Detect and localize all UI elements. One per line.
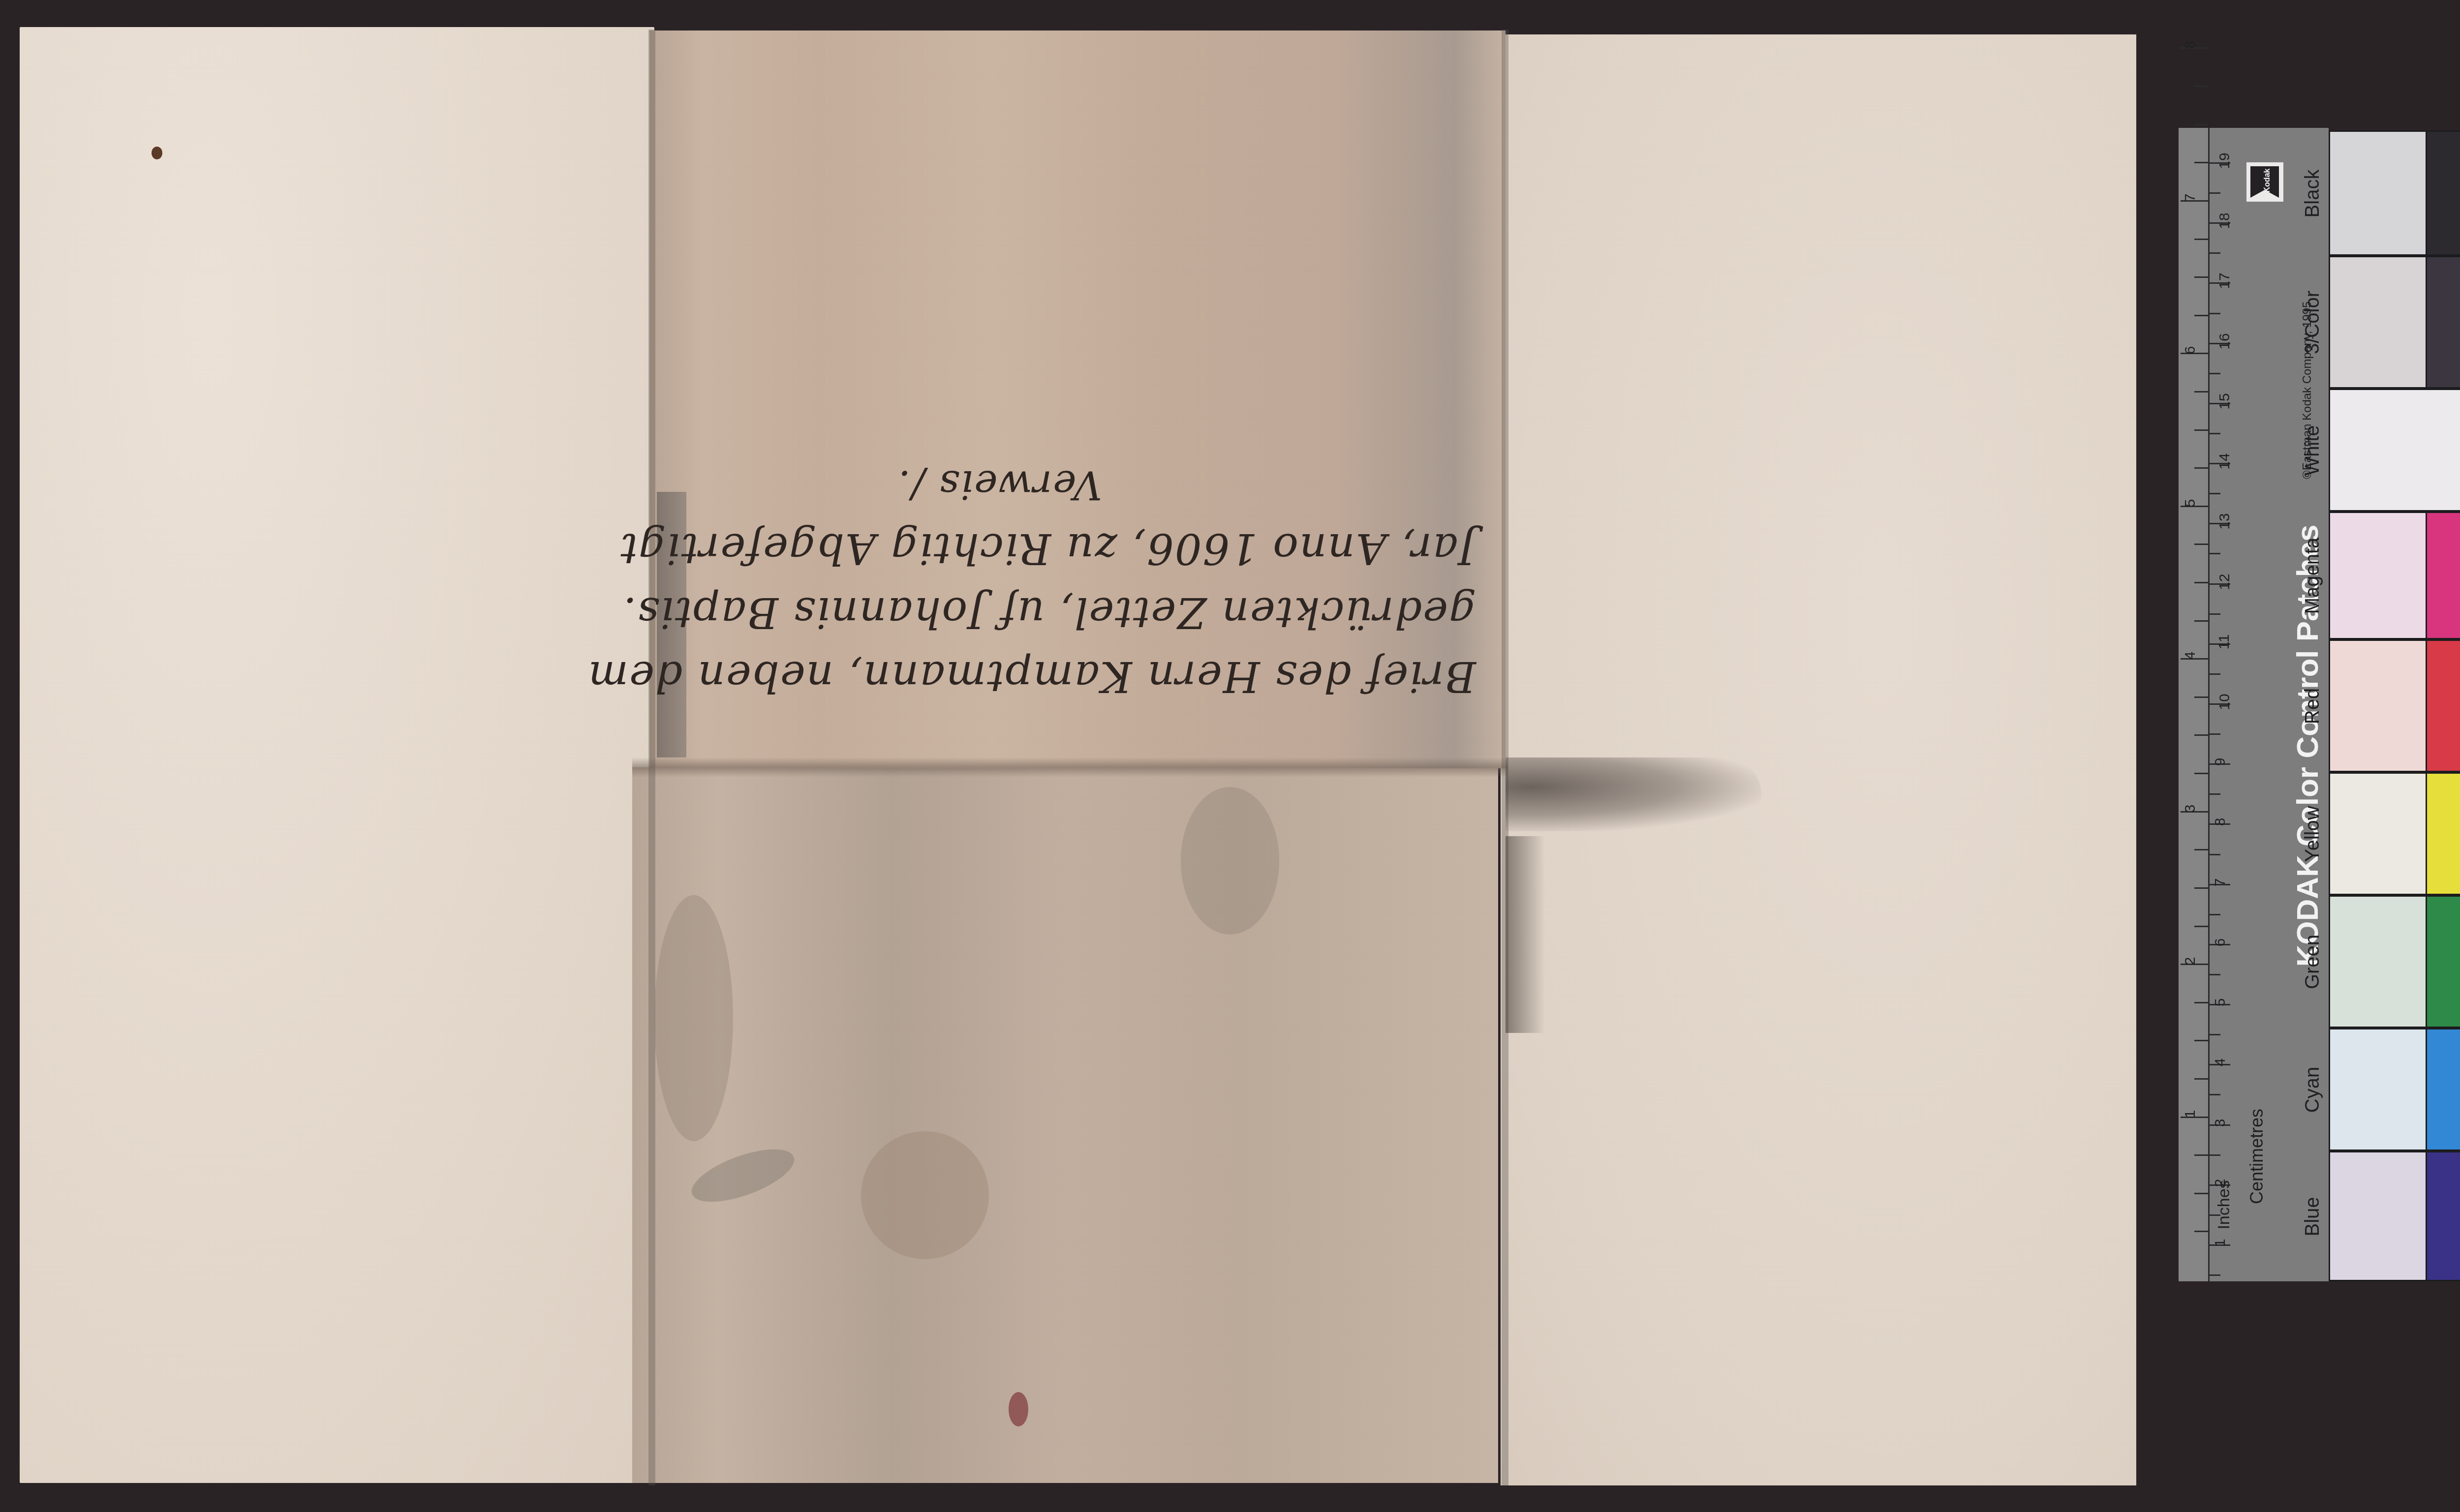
crease-shadow-vertical	[1506, 836, 1545, 1033]
patch-blue-dark	[2426, 1151, 2460, 1281]
quarter-inch-tick	[2194, 86, 2208, 87]
cm-tick-label: 13	[2216, 514, 2233, 530]
cm-tick-label: 7	[2212, 878, 2229, 886]
quarter-inch-tick	[2194, 467, 2208, 469]
inch-tick-label: 4	[2182, 652, 2199, 660]
horizontal-fold	[632, 757, 1508, 777]
inch-tick-label: 8	[2182, 41, 2199, 49]
quarter-inch-tick	[2194, 429, 2208, 431]
quarter-inch-tick	[2194, 391, 2208, 393]
patch-yellow-dark	[2426, 772, 2460, 895]
crease-shadow	[1506, 757, 1761, 831]
patch-red-dark	[2426, 639, 2460, 772]
half-cm-tick	[2208, 192, 2220, 194]
half-cm-tick	[2208, 854, 2220, 855]
half-cm-tick	[2208, 433, 2220, 434]
quarter-inch-tick	[2194, 162, 2208, 163]
cm-tick-label: 10	[2216, 694, 2233, 710]
quarter-inch-tick	[2194, 1193, 2208, 1194]
quarter-inch-tick	[2194, 926, 2208, 927]
patch-label-magenta: Magenta	[2302, 532, 2324, 620]
patch-magenta-light	[2329, 512, 2427, 639]
cm-tick-label: 18	[2216, 213, 2233, 229]
inch-tick-label: 1	[2182, 1110, 2199, 1118]
cm-tick-label: 4	[2212, 1058, 2229, 1067]
inches-label: Inches	[2214, 1180, 2234, 1229]
paper-left-panel	[20, 27, 654, 1483]
cm-tick-label: 19	[2216, 152, 2233, 169]
half-cm-tick	[2208, 553, 2220, 554]
quarter-inch-tick	[2194, 544, 2208, 545]
cm-tick-label: 8	[2212, 818, 2229, 826]
quarter-inch-tick	[2194, 696, 2208, 698]
patch-green-dark	[2426, 895, 2460, 1028]
quarter-inch-tick	[2194, 124, 2208, 125]
quarter-inch-tick	[2194, 849, 2208, 850]
half-cm-tick	[2208, 793, 2220, 795]
patch-red-light	[2329, 639, 2427, 772]
inch-tick-label: 3	[2182, 804, 2199, 813]
quarter-inch-tick	[2194, 1231, 2208, 1232]
water-stain	[1181, 787, 1279, 935]
patch-label-red: Red	[2302, 662, 2324, 751]
patch-blue-light	[2329, 1151, 2427, 1281]
patch-label-black: Black	[2302, 149, 2324, 238]
center-bottom-panel	[632, 767, 1498, 1483]
patch-black-dark	[2426, 130, 2460, 256]
inch-tick-label: 6	[2182, 346, 2199, 355]
quarter-inch-tick	[2194, 1002, 2208, 1003]
patch-cyan-light	[2329, 1028, 2427, 1151]
inch-tick-label: 2	[2182, 957, 2199, 966]
endorsement-line: Jar, Anno 1606, zu Richtig Abgefertigt	[748, 516, 1476, 580]
water-stain	[654, 895, 733, 1141]
half-cm-tick	[2208, 1154, 2220, 1156]
patch-cyan-dark	[2426, 1028, 2460, 1151]
cm-tick-label: 12	[2216, 574, 2233, 590]
half-cm-tick	[2208, 1274, 2220, 1276]
quarter-inch-tick	[2194, 239, 2208, 240]
quarter-inch-tick	[2194, 734, 2208, 736]
half-cm-tick	[2208, 914, 2220, 915]
patch-yellow-light	[2329, 772, 2427, 895]
patch-black-light	[2329, 130, 2427, 256]
patch-3-color-light	[2329, 256, 2427, 389]
cm-tick-label: 15	[2216, 393, 2233, 409]
inch-scale	[2179, 128, 2210, 1281]
endorsement-line: Verweis /.	[748, 453, 1476, 516]
half-cm-tick	[2208, 493, 2220, 494]
cm-tick-label: 6	[2212, 938, 2229, 947]
half-cm-tick	[2208, 1034, 2220, 1035]
endorsement-text: Brief des Hern Kamptmann, neben dem gedr…	[748, 403, 1476, 708]
cm-tick-label: 17	[2216, 273, 2233, 289]
half-cm-tick	[2208, 673, 2220, 675]
cm-tick-label: 5	[2212, 998, 2229, 1007]
quarter-inch-tick	[2194, 276, 2208, 278]
centimetres-label: Centimetres	[2246, 1109, 2267, 1204]
patch-green-light	[2329, 895, 2427, 1028]
half-cm-tick	[2208, 313, 2220, 314]
patch-label-white: White	[2302, 406, 2324, 495]
patch-magenta-dark	[2426, 512, 2460, 639]
quarter-inch-tick	[2194, 773, 2208, 774]
ink-spot	[152, 147, 162, 159]
quarter-inch-tick	[2194, 315, 2208, 316]
half-cm-tick	[2208, 373, 2220, 374]
half-cm-tick	[2208, 1094, 2220, 1095]
cm-tick-label: 3	[2212, 1119, 2229, 1127]
inch-tick-label: 7	[2182, 194, 2199, 202]
wax-seal-remnant	[1009, 1392, 1028, 1426]
quarter-inch-tick	[2194, 1040, 2208, 1041]
half-cm-tick	[2208, 613, 2220, 615]
endorsement-line: Brief des Hern Kamptmann, neben dem	[748, 644, 1476, 708]
quarter-inch-tick	[2194, 1154, 2208, 1156]
cm-tick-label: 11	[2216, 634, 2233, 649]
cm-tick-label: 16	[2216, 333, 2233, 349]
patch-label-3-color: 3/Color	[2302, 278, 2324, 367]
cm-tick-label: 14	[2216, 453, 2233, 469]
water-stain	[861, 1131, 989, 1259]
quarter-inch-tick	[2194, 620, 2208, 622]
patch-label-yellow: Yellow	[2302, 790, 2324, 878]
quarter-inch-tick	[2194, 887, 2208, 889]
cm-tick-label: 1	[2212, 1239, 2229, 1247]
kodak-logo-text: Kodak	[2263, 169, 2272, 193]
cm-tick-label: 9	[2212, 758, 2229, 766]
patch-label-blue: Blue	[2302, 1172, 2324, 1261]
half-cm-tick	[2208, 974, 2220, 975]
endorsement-line: gedrückten Zettel, uf Johannis Baptis.	[748, 580, 1476, 644]
inch-tick-label: 5	[2182, 499, 2199, 507]
patch-3-color-dark	[2426, 256, 2460, 389]
patch-label-green: Green	[2302, 918, 2324, 1006]
patch-label-cyan: Cyan	[2302, 1046, 2324, 1134]
half-cm-tick	[2208, 733, 2220, 735]
patch-white	[2329, 389, 2460, 512]
half-cm-tick	[2208, 252, 2220, 254]
quarter-inch-tick	[2194, 582, 2208, 583]
vertical-fold-left	[648, 30, 655, 1485]
quarter-inch-tick	[2194, 1078, 2208, 1080]
